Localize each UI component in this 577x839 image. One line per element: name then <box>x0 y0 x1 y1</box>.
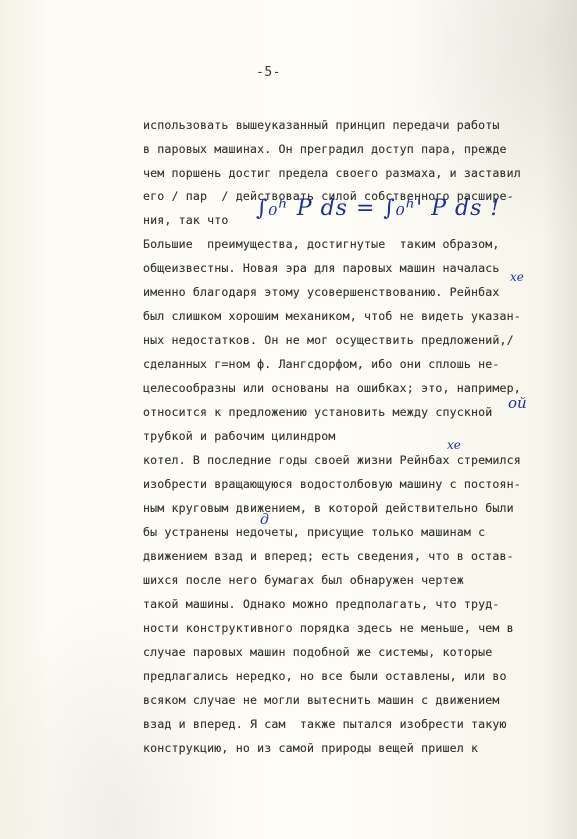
text-line-19: движением взад и вперед; есть сведения, … <box>143 549 514 563</box>
page-number: -5- <box>256 65 281 80</box>
text-line-10: ных недостатков. Он не мог осуществить п… <box>143 333 514 347</box>
handwritten-correction-nedochety: д <box>260 512 269 528</box>
text-line-25: всяком случае не могли вытеснить машин с… <box>143 693 500 707</box>
text-line-7: общеизвестны. Новая эра для паровых маши… <box>143 261 500 275</box>
text-line-14: трубкой и рабочим цилиндром <box>143 429 336 443</box>
text-line-18: бы устранены недочеты, присущие только м… <box>143 525 485 539</box>
text-line-12: целесообразны или основаны на ошибках; э… <box>143 381 521 395</box>
text-line-11: сделанных г=ном ф. Лангсдорфом, ибо они … <box>143 357 500 371</box>
text-line-26: взад и вперед. Я сам также пытался изобр… <box>143 717 507 731</box>
text-line-5: ния, так что <box>143 213 229 227</box>
text-line-16: изобрести вращающуюся водостолбовую маши… <box>143 477 521 491</box>
text-line-8: именно благодаря этому усовершенствовани… <box>143 285 500 299</box>
handwritten-correction-reichenbach-2: хе <box>447 438 461 452</box>
text-line-2: в паровых машинах. Он преградил доступ п… <box>143 142 507 156</box>
text-line-1: использовать вышеуказанный принцип перед… <box>143 118 500 132</box>
text-line-21: такой машины. Однако можно предполагать,… <box>143 597 500 611</box>
text-line-23: случае паровых машин подобной же системы… <box>143 645 492 659</box>
text-line-6: Большие преимущества, достигнутые таким … <box>143 237 500 251</box>
handwritten-correction-reichenbach: хе <box>510 270 524 284</box>
text-line-27: конструкцию, но из самой природы вещей п… <box>143 741 478 755</box>
text-line-13: относится к предложению установить между… <box>143 405 492 419</box>
text-line-17: ным круговым движением, в которой действ… <box>143 501 514 515</box>
text-line-9: был слишком хорошим механиком, чтоб не в… <box>143 309 521 323</box>
text-line-22: ности конструктивного порядка здесь не м… <box>143 621 514 635</box>
document-page: -5- использовать вышеуказанный принцип п… <box>0 0 577 839</box>
text-line-24: предлагались нередко, но все были оставл… <box>143 669 507 683</box>
handwritten-correction-spusknoy: ой <box>508 394 527 412</box>
text-line-3: чем поршень достиг предела своего размах… <box>143 166 521 180</box>
text-line-20: шихся после него бумагах был обнаружен ч… <box>143 573 464 587</box>
text-line-15: котел. В последние годы своей жизни Рейн… <box>143 453 521 467</box>
handwritten-formula: ∫₀ʰ P ds = ∫₀ʰ' P ds ! <box>256 196 500 221</box>
